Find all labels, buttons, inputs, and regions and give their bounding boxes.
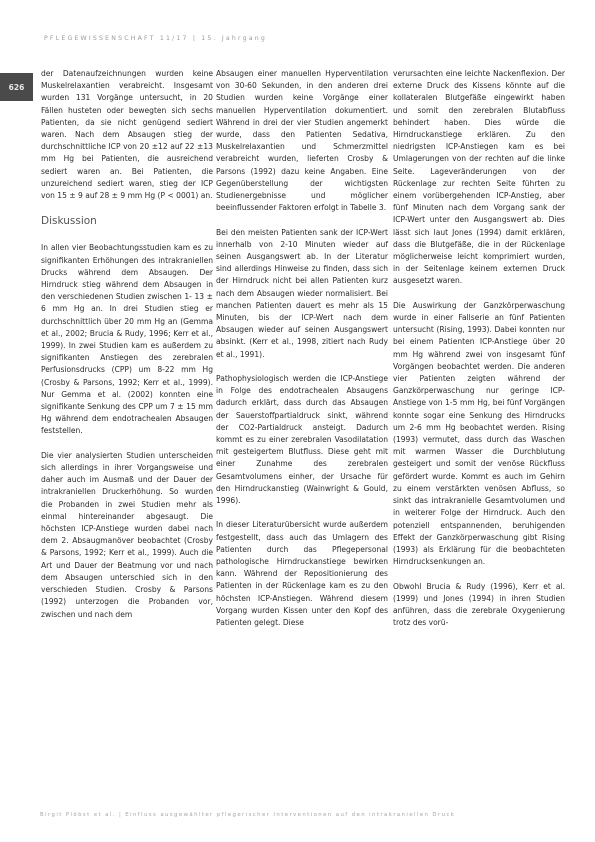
text-column-3: verursachten eine leichte Nackenflexion.… bbox=[393, 68, 565, 642]
paragraph: Bei den meisten Patienten sank der ICP-W… bbox=[216, 227, 388, 361]
paragraph: Absaugen einer manuellen Hyperventilatio… bbox=[216, 68, 388, 214]
running-head: PFLEGEWISSENSCHAFT 11/17 | 15. Jahrgang bbox=[44, 35, 267, 42]
paragraph: In allen vier Beobachtungsstudien kam es… bbox=[41, 242, 213, 437]
paragraph: Die vier analysierten Studien unterschei… bbox=[41, 450, 213, 621]
paragraph: Die Auswirkung der Ganzkörperwaschung wu… bbox=[393, 300, 565, 568]
section-heading-diskussion: Diskussion bbox=[41, 214, 213, 228]
page-number-badge: 626 bbox=[0, 73, 33, 101]
paragraph: Pathophysiologisch werden die ICP-Anstie… bbox=[216, 373, 388, 507]
text-column-1: der Datenaufzeichnungen wurden keine Mus… bbox=[41, 68, 213, 633]
running-footer: Birgit Plöbst et al. | Einfluss ausgewäh… bbox=[40, 812, 455, 818]
paragraph: der Datenaufzeichnungen wurden keine Mus… bbox=[41, 68, 213, 202]
paragraph: In dieser Literaturübersicht wurde außer… bbox=[216, 519, 388, 629]
text-column-2: Absaugen einer manuellen Hyperventilatio… bbox=[216, 68, 388, 641]
paragraph: Obwohl Brucia & Rudy (1996), Kerr et al.… bbox=[393, 581, 565, 630]
paragraph: verursachten eine leichte Nackenflexion.… bbox=[393, 68, 565, 288]
